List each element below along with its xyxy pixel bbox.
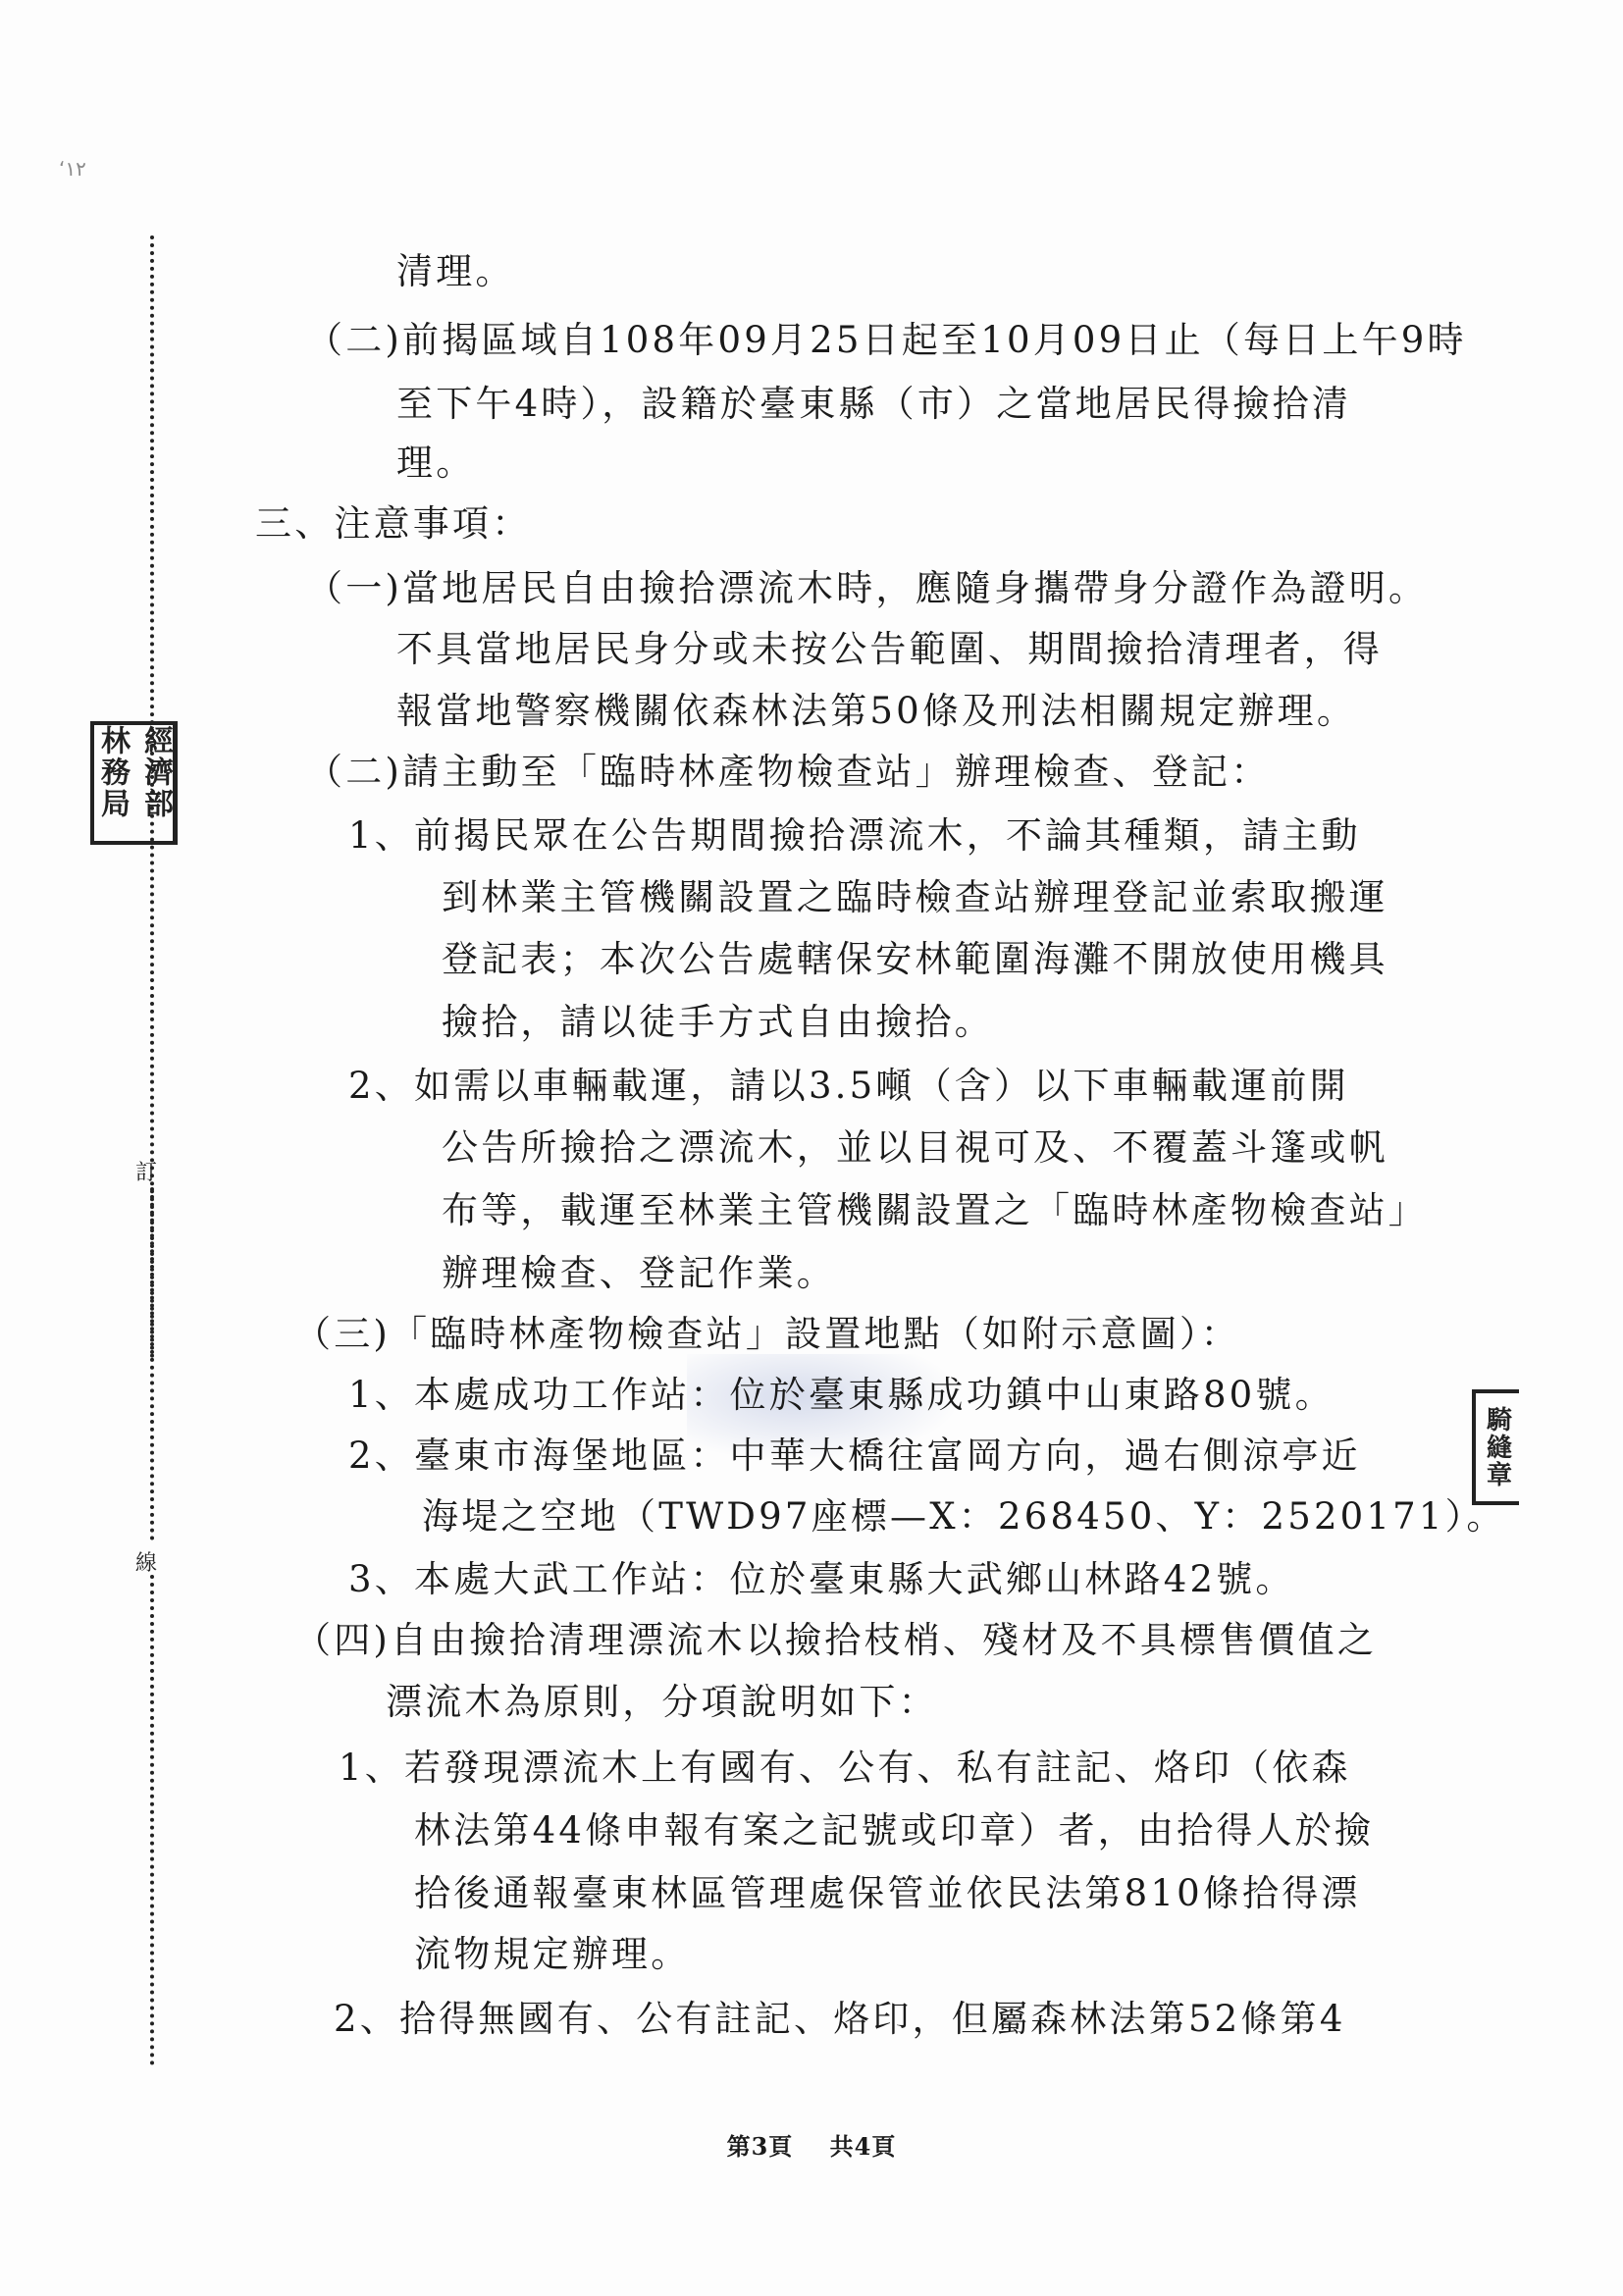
binding-line-bottom (150, 1575, 154, 2065)
text-line: 漂流木為原則，分項說明如下： (386, 1681, 938, 1724)
binding-line-middle (150, 1187, 154, 1540)
text-line: （四)自由撿拾清理漂流木以撿拾枝梢、殘材及不具標售價值之 (294, 1619, 1377, 1662)
page-number-current: 第3頁 (727, 2132, 794, 2161)
document-page: 訂 線 ʻ۱۲ 經濟部林務局 騎縫章 清理。 （二)前揭區域自108年09月25… (0, 0, 1623, 2296)
text-line: 林法第44條申報有案之記號或印章）者，由拾得人於撿 (414, 1809, 1374, 1852)
text-line: 3、本處大武工作站：位於臺東縣大武鄉山林路42號。 (348, 1558, 1295, 1601)
text-line: 1、前揭民眾在公告期間撿拾漂流木，不論其種類，請主動 (348, 814, 1361, 858)
seal-stamp-right: 騎縫章 (1472, 1389, 1519, 1505)
text-line: 到林業主管機關設置之臨時檢查站辦理登記並索取搬運 (442, 876, 1388, 919)
page-footer: 第3頁 共4頁 (0, 2127, 1623, 2162)
text-line: 登記表；本次公告處轄保安林範圍海灘不開放使用機具 (442, 938, 1388, 981)
text-line: （三)「臨時林產物檢查站」設置地點（如附示意圖）： (294, 1313, 1240, 1356)
binding-label-ding: 訂 (135, 1156, 157, 1186)
section-heading: 三、注意事項： (255, 502, 531, 546)
text-line: 公告所撿拾之漂流木，並以目視可及、不覆蓋斗篷或帆 (442, 1126, 1388, 1170)
text-line: 拾後通報臺東林區管理處保管並依民法第810條拾得漂 (414, 1872, 1361, 1915)
text-line: （二)前揭區域自108年09月25日起至10月09日止（每日上午9時 (306, 319, 1467, 362)
text-line: 辦理檢查、登記作業。 (442, 1252, 836, 1295)
margin-scribble: ʻ۱۲ (59, 157, 86, 181)
text-line: 不具當地居民身分或未按公告範圍、期間撿拾清理者，得 (396, 628, 1383, 671)
seal-stamp-left: 經濟部林務局 (90, 721, 178, 845)
text-line: 布等，載運至林業主管機關設置之「臨時林產物檢查站」 (442, 1189, 1428, 1232)
text-line: 撿拾，請以徒手方式自由撿拾。 (442, 1001, 994, 1044)
text-line: 1、本處成功工作站：位於臺東縣成功鎮中山東路80號。 (348, 1374, 1335, 1417)
text-line: 清理。 (396, 250, 515, 293)
text-line: 2、臺東市海堡地區：中華大橋往富岡方向，過右側涼亭近 (348, 1435, 1361, 1478)
text-line: 至下午4時），設籍於臺東縣（市）之當地居民得撿拾清 (396, 383, 1351, 426)
text-line: 流物規定辦理。 (414, 1933, 690, 1976)
text-line: 理。 (396, 442, 475, 485)
page-number-total: 共4頁 (830, 2132, 897, 2161)
text-line: 報當地警察機關依森林法第50條及刑法相關規定辦理。 (396, 690, 1356, 733)
text-line: 1、若發現漂流木上有國有、公有、私有註記、烙印（依森 (339, 1747, 1351, 1790)
text-line: 2、如需以車輛載運，請以3.5噸（含）以下車輛載運前開 (348, 1065, 1349, 1108)
text-line: （二)請主動至「臨時林產物檢查站」辦理檢查、登記： (306, 751, 1270, 794)
text-line: 海堤之空地（TWD97座標—X：268450、Y：2520171）。 (422, 1495, 1506, 1539)
text-line: （一)當地居民自由撿拾漂流木時，應隨身攜帶身分證作為證明。 (306, 567, 1428, 610)
binding-label-xian: 線 (135, 1546, 157, 1577)
text-line: 2、拾得無國有、公有註記、烙印，但屬森林法第52條第4 (334, 1998, 1346, 2041)
